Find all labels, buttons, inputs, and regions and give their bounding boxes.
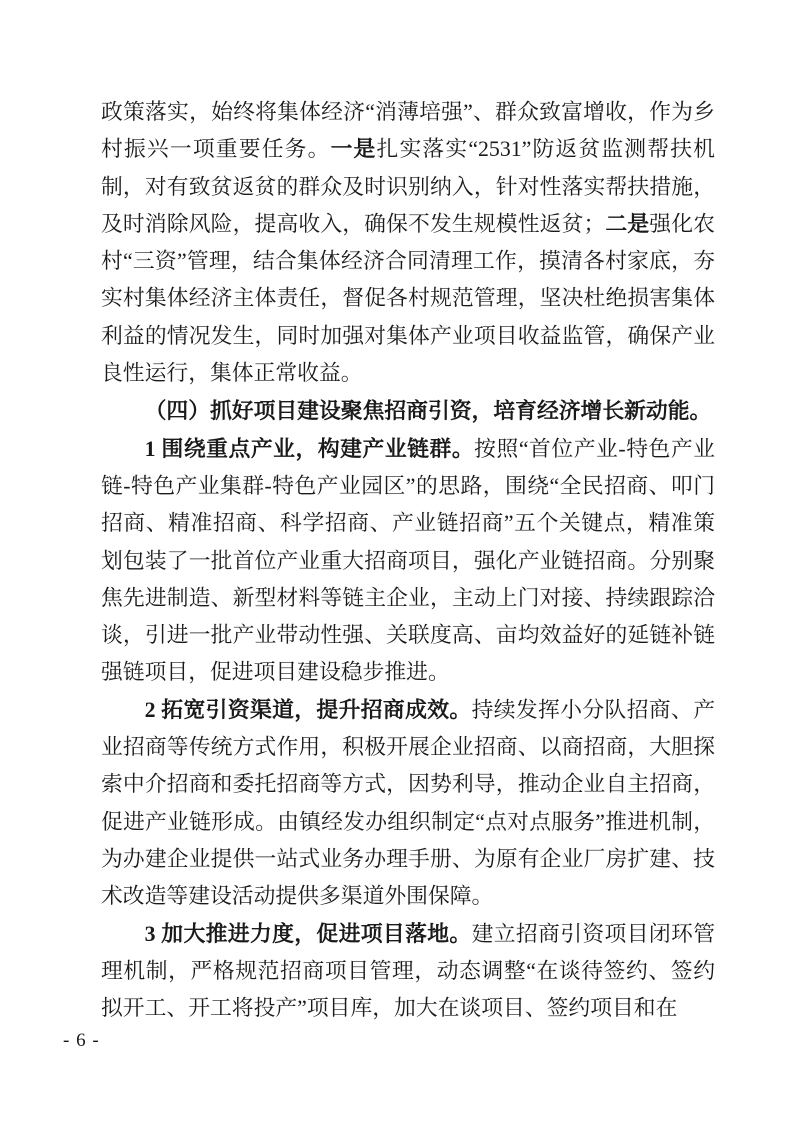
emphasis-text: 3 加大推进力度，促进项目落地。 [145, 922, 472, 946]
paragraph: 2 拓宽引资渠道，提升招商成效。持续发挥小分队招商、产业招商等传统方式作用，积极… [101, 692, 715, 916]
page-number: - 6 - [63, 1030, 100, 1052]
body-text: 强化农村“三资”管理，结合集体经济合同清理工作，摸清各村家底，夯实村集体经济主体… [101, 212, 715, 385]
emphasis-text: 1 围绕重点产业，构建产业链群。 [145, 437, 475, 461]
body-text: 持续发挥小分队招商、产业招商等传统方式作用，积极开展企业招商、以商招商，大胆探索… [101, 698, 715, 908]
document-body: 政策落实，始终将集体经济“消薄培强”、群众致富增收，作为乡村振兴一项重要任务。一… [101, 94, 715, 1027]
emphasis-text: 2 拓宽引资渠道，提升招商成效。 [145, 698, 472, 722]
emphasis-text: （四）抓好项目建设聚焦招商引资，培育经济增长新动能。 [145, 398, 712, 423]
section-heading: （四）抓好项目建设聚焦招商引资，培育经济增长新动能。 [101, 392, 715, 430]
emphasis-text: 二是 [605, 212, 649, 236]
body-text: 按照“首位产业-特色产业链-特色产业集群-特色产业园区”的思路，围绕“全民招商、… [101, 437, 715, 685]
emphasis-text: 一是 [331, 137, 377, 161]
paragraph: 1 围绕重点产业，构建产业链群。按照“首位产业-特色产业链-特色产业集群-特色产… [101, 431, 715, 692]
document-page: 政策落实，始终将集体经济“消薄培强”、群众致富增收，作为乡村振兴一项重要任务。一… [0, 0, 793, 1122]
paragraph: 3 加大推进力度，促进项目落地。建立招商引资项目闭环管理机制，严格规范招商项目管… [101, 916, 715, 1028]
paragraph: 政策落实，始终将集体经济“消薄培强”、群众致富增收，作为乡村振兴一项重要任务。一… [101, 94, 715, 392]
